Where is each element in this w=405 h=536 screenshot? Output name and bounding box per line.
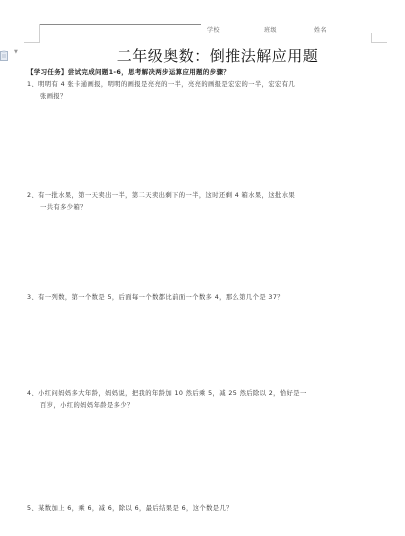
question-text-line2: 一共有多少箱？ [27, 202, 379, 214]
question-text-line2: 张画报？ [27, 91, 379, 103]
question-1: 1、明明有 4 张卡通画报，明明的画报是亮亮的一半，亮亮的画报是宏宏的一半，宏宏… [27, 79, 379, 103]
question-text-line1: 有一批水果，第一天卖出一半，第二天卖出剩下的一半，这时还剩 4 箱水果，这批水果 [38, 192, 295, 199]
margin-corner-marker-top-right-h [371, 42, 387, 43]
document-title: 二年级奥数：倒推法解应用题 [0, 45, 405, 66]
question-number: 5、 [27, 505, 38, 512]
learning-task: 【学习任务】尝试完成问题1-6，思考解决两步运算应用题的步骤？ [27, 67, 230, 76]
header-field-class: 班级 [264, 25, 277, 34]
question-text-line1: 有一列数，第一个数是 5，后面每一个数都比前面一个数多 4，那么第几个是 37？ [38, 294, 284, 301]
question-5: 5、某数加上 6，乘 6，减 6，除以 6，最后结果是 6，这个数是几？ [27, 503, 379, 515]
question-number: 4、 [27, 390, 38, 397]
question-number: 2、 [27, 192, 38, 199]
header-field-school: 学校 [207, 25, 220, 34]
margin-corner-marker-top-left-h [24, 42, 40, 43]
question-4: 4、小红问妈妈多大年龄，妈妈说，把我的年龄加 10 然后乘 5，减 25 然后除… [27, 388, 379, 412]
question-text-line1: 小红问妈妈多大年龄，妈妈说，把我的年龄加 10 然后乘 5，减 25 然后除以 … [38, 390, 307, 397]
question-number: 1、 [27, 81, 38, 88]
question-text-line1: 某数加上 6，乘 6，减 6，除以 6，最后结果是 6，这个数是几？ [38, 505, 233, 512]
question-text-line2: 百岁，小红的妈妈年龄是多少？ [27, 400, 379, 412]
header-field-name: 姓名 [314, 25, 327, 34]
question-3: 3、有一列数，第一个数是 5，后面每一个数都比前面一个数多 4，那么第几个是 3… [27, 292, 379, 304]
question-2: 2、有一批水果，第一天卖出一半，第二天卖出剩下的一半，这时还剩 4 箱水果，这批… [27, 190, 379, 214]
margin-corner-marker-top-left [39, 24, 40, 42]
question-text-line1: 明明有 4 张卡通画报，明明的画报是亮亮的一半，亮亮的画报是宏宏的一半，宏宏有几 [38, 81, 295, 88]
question-number: 3、 [27, 294, 38, 301]
header-rule-line [39, 24, 201, 25]
